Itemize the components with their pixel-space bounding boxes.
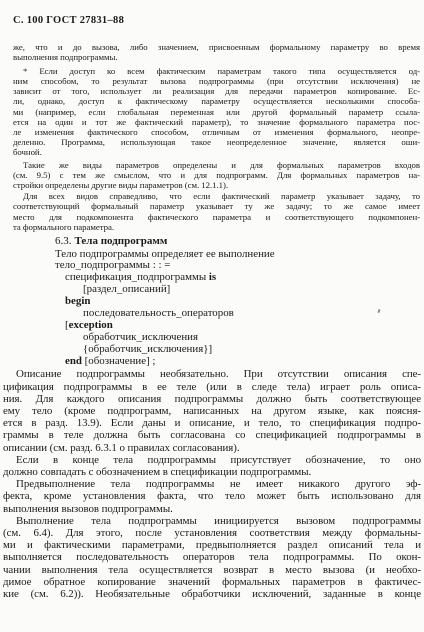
- text-line: бочной.: [13, 147, 420, 157]
- grammar-text: спецификация_подпрограммы: [65, 272, 209, 283]
- grammar-text: [раздел_описаний]: [83, 284, 170, 295]
- text-line: (см. 9.5) с тем же смыслом, что и для по…: [13, 170, 420, 180]
- text-line: граммы в теле должна быть согласована со…: [3, 429, 421, 441]
- paragraph: * Если доступ ко всем фактическим параме…: [13, 66, 420, 157]
- text-line: описании (см. разд. 6.3.1 о правилах сог…: [3, 442, 421, 454]
- grammar-text: тело_подпрограммы : : =: [55, 260, 170, 271]
- text-line: ли, однако, доступ к фактическому параме…: [13, 96, 420, 106]
- text-line: Такие же виды параметров определены и дл…: [13, 160, 420, 170]
- text-line: Выполнение тела подпрограммы инициируетс…: [3, 515, 421, 527]
- reserved-word: end: [65, 356, 82, 367]
- text-line: ется на один и тот же фактический параме…: [13, 117, 420, 127]
- text-line: ми и фактическими параметрами, предвыпол…: [3, 539, 421, 551]
- grammar-line: обработчик_исключения: [55, 332, 424, 344]
- grammar-line: спецификация_подпрограммы is: [55, 272, 424, 284]
- text-line: ния. Для каждого описания подпрограммы д…: [3, 393, 421, 405]
- paragraph: Описание подпрограммы необязательно. При…: [3, 368, 421, 453]
- text-line: выполнения вызовов подпрограммы.: [3, 503, 421, 515]
- text-line: Для всех видов справедливо, что если фак…: [13, 191, 420, 201]
- page-header: С. 100 ГОСТ 27831–88: [13, 15, 424, 26]
- section-number: 6.3.: [55, 235, 72, 247]
- reserved-word: begin: [65, 296, 90, 307]
- text-line: та формального параметра.: [13, 222, 420, 232]
- document-page: С. 100 ГОСТ 27831–88 же, что и до вызова…: [0, 0, 424, 632]
- reserved-word: exception: [69, 320, 113, 331]
- fine-print-notes-section: же, что и до вызова, либо значением, при…: [13, 42, 420, 232]
- grammar-text: {обработчик_исключения}]: [83, 344, 212, 355]
- text-line: ми (например, если глобальная переменная…: [13, 107, 420, 117]
- text-line: димое обратное копирование значений форм…: [3, 576, 421, 588]
- text-line: чании выполнения тела осуществляется воз…: [3, 564, 421, 576]
- text-line: Если в конце тела подпрограммы присутств…: [3, 454, 421, 466]
- text-line: ему тело (кроме подпрограмм, написанных …: [3, 405, 421, 417]
- text-line: Предвыполнение тела подпрограммы не имее…: [3, 478, 421, 490]
- text-line: соответствующий формальный параметр указ…: [13, 201, 420, 211]
- paragraph: Такие же виды параметров определены и дл…: [13, 160, 420, 190]
- grammar-text: [обозначение] ;: [82, 356, 156, 367]
- grammar-text: обработчик_исключения: [83, 332, 198, 343]
- text-line: ется в разд. 13.9). Если даны и описание…: [3, 417, 421, 429]
- text-line: зависит от того, использует ли реализаци…: [13, 86, 420, 96]
- reserved-word: is: [209, 272, 216, 283]
- grammar-line: begin: [55, 296, 424, 308]
- grammar-line: {обработчик_исключения}]: [55, 344, 424, 356]
- text-line: фекта, кроме установления факта, что тел…: [3, 490, 421, 502]
- text-line: место для подкомпонента фактического пар…: [13, 212, 420, 222]
- text-line: выполняется последовательность операторо…: [3, 551, 421, 563]
- paragraph: Для всех видов справедливо, что если фак…: [13, 191, 420, 231]
- paragraph: же, что и до вызова, либо значением, при…: [13, 42, 420, 62]
- text-line: ле изменения фактического способом, отли…: [13, 127, 420, 137]
- bnf-grammar-block: тело_подпрограммы : : =спецификация_подп…: [55, 260, 424, 367]
- paragraph: Предвыполнение тела подпрограммы не имее…: [3, 478, 421, 515]
- text-line: Описание подпрограммы необязательно. При…: [3, 368, 421, 380]
- grammar-line: end [обозначение] ;: [55, 356, 424, 368]
- text-line: * Если доступ ко всем фактическим параме…: [13, 66, 420, 76]
- section-heading: 6.3.Тела подпрограмм: [55, 235, 424, 248]
- text-line: деленно. Программа, использующая такое н…: [13, 137, 420, 147]
- text-line: же, что и до вызова, либо значением, при…: [13, 42, 420, 52]
- text-line: кие (см. 6.2)). Необязательные обработчи…: [3, 588, 421, 600]
- grammar-line: последовательность_операторов: [55, 308, 424, 320]
- grammar-line: [exception: [55, 320, 424, 332]
- paragraph: Выполнение тела подпрограммы инициируетс…: [3, 515, 421, 600]
- paragraph: Если в конце тела подпрограммы присутств…: [3, 454, 421, 478]
- text-line: стройки определены другие виды параметро…: [13, 180, 420, 190]
- text-line: должно совпадать с обозначением в специф…: [3, 466, 421, 478]
- text-line: ним способом, то результат вызова подпро…: [13, 76, 420, 86]
- section-title: Тела подпрограмм: [75, 235, 168, 247]
- grammar-text: последовательность_операторов: [83, 308, 234, 319]
- grammar-line: [раздел_описаний]: [55, 284, 424, 296]
- body-text-section: Описание подпрограммы необязательно. При…: [3, 368, 421, 600]
- text-line: (см. 6.4). Для этого, после установления…: [3, 527, 421, 539]
- text-line: выполнения подпрограммы.: [13, 52, 420, 62]
- text-line: цификация подпрограммы в ее теле (или в …: [3, 381, 421, 393]
- grammar-line: тело_подпрограммы : : =: [55, 260, 424, 272]
- section-intro-line: Тело подпрограммы определяет ее выполнен…: [55, 248, 424, 261]
